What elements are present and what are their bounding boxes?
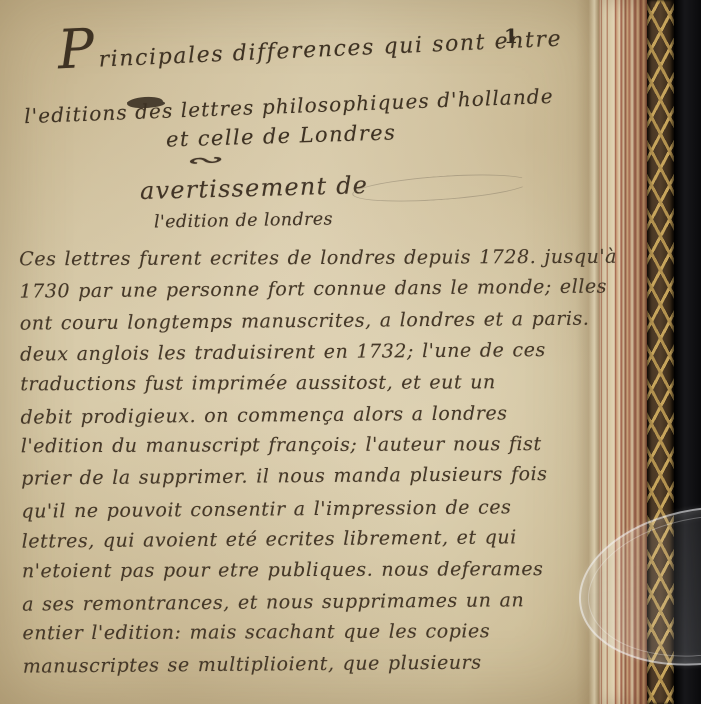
body-line: ont couru longtemps manuscrites, a londr… [20, 304, 618, 340]
body-text: Ces lettres furent ecrites de londres de… [19, 240, 621, 682]
manuscript-photo: 1 Principales differences qui sont entre… [0, 0, 701, 704]
body-line: qu'il ne pouvoit consentir a l'impressio… [21, 491, 619, 527]
body-line: manuscriptes se multiplioient, que plusi… [23, 646, 621, 682]
body-line: prier de la supprimer. il nous manda plu… [21, 459, 619, 495]
body-line: traductions fust imprimée aussitost, et … [20, 367, 618, 401]
body-line: lettres, qui avoient eté ecrites libreme… [22, 521, 620, 557]
heading-line-1: avertissement de [140, 171, 369, 205]
flourish-ornament: ∾ [181, 149, 223, 172]
body-line: Ces lettres furent ecrites de londres de… [19, 242, 617, 276]
body-line: deux anglois les traduisirent en 1732; l… [20, 334, 618, 370]
body-line: 1730 par une personne fort connue dans l… [19, 272, 617, 308]
body-line: l'edition du manuscript françois; l'aute… [21, 429, 619, 463]
body-line: entier l'edition: mais scachant que les … [22, 616, 620, 650]
heading-line-2: l'edition de londres [154, 209, 333, 232]
body-line: n'etoient pas pour etre publiques. nous … [22, 554, 620, 588]
